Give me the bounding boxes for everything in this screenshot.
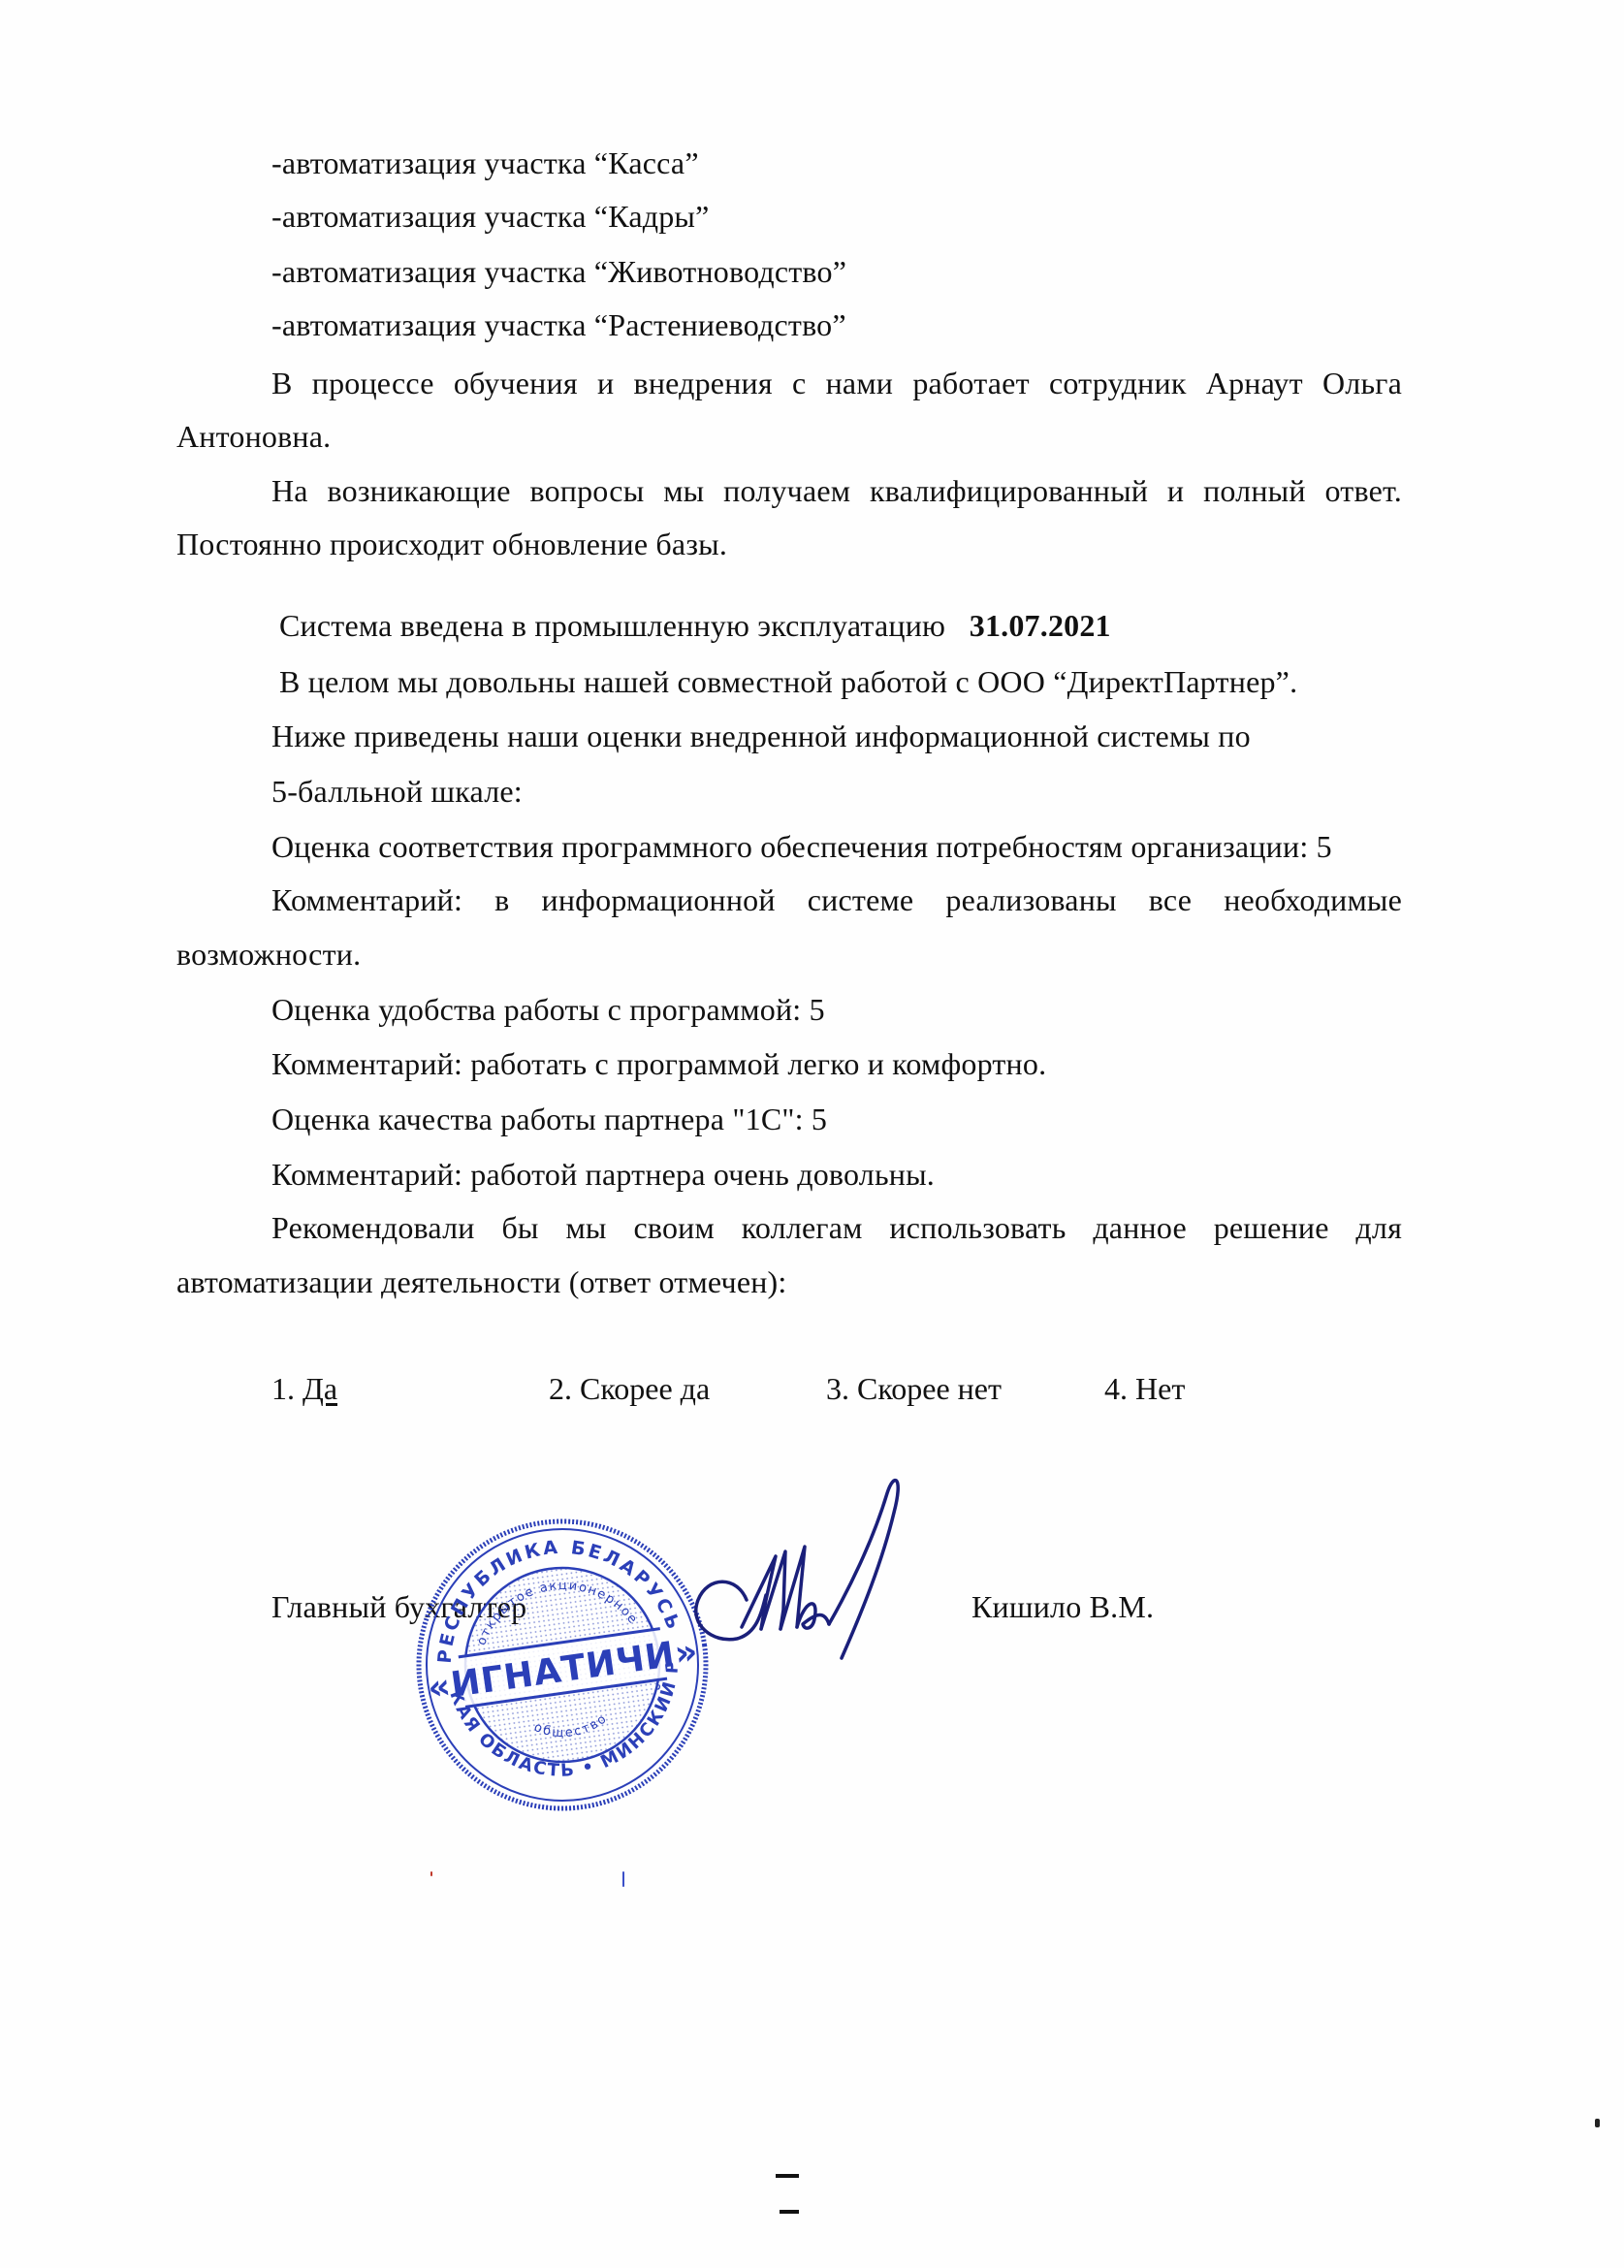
rating-partner-quality-comment: Комментарий: работой партнера очень дово… xyxy=(271,1155,935,1194)
commissioning-date: 31.07.2021 xyxy=(970,608,1111,643)
ratings-intro-line2: 5-балльной шкале: xyxy=(271,772,523,811)
staff-paragraph-line2: Антоновна. xyxy=(176,417,331,456)
commissioning-text: Система введена в промышленную эксплуата… xyxy=(279,608,945,643)
satisfaction-line: В целом мы довольны нашей совместной раб… xyxy=(279,662,1297,701)
company-stamp-icon: РЕСПУБЛИКА БЕЛАРУСЬ МИНСКАЯ ОБЛАСТЬ • МИ… xyxy=(412,1515,713,1815)
scan-speck-red xyxy=(430,1871,432,1876)
support-paragraph-line1: На возникающие вопросы мы получаем квали… xyxy=(271,471,1402,510)
list-item-rastenievodstvo: -автоматизация участка “Растениеводство” xyxy=(271,305,846,344)
option-rather-yes: 2. Скорее да xyxy=(549,1369,710,1408)
staff-paragraph-line1: В процессе обучения и внедрения с нами р… xyxy=(271,364,1402,402)
support-paragraph-line2: Постоянно происходит обновление базы. xyxy=(176,525,727,563)
signature-icon xyxy=(679,1454,970,1697)
option-no: 4. Нет xyxy=(1104,1369,1185,1408)
footer-mark xyxy=(780,2210,799,2214)
rating-software-fit: Оценка соответствия программного обеспеч… xyxy=(271,827,1332,866)
document-page: -автоматизация участка “Касса” -автомати… xyxy=(0,0,1624,2268)
rating-partner-quality: Оценка качества работы партнера "1С": 5 xyxy=(271,1100,827,1138)
option-rather-no: 3. Скорее нет xyxy=(826,1369,1002,1408)
recommendation-line1: Рекомендовали бы мы своим коллегам испол… xyxy=(271,1208,1402,1247)
signatory-name: Кишило В.М. xyxy=(971,1587,1154,1626)
list-item-kadry: -автоматизация участка “Кадры” xyxy=(271,197,710,236)
rating-usability: Оценка удобства работы с программой: 5 xyxy=(271,990,825,1029)
rating-software-fit-comment-line2: возможности. xyxy=(176,935,361,974)
rating-usability-comment: Комментарий: работать с программой легко… xyxy=(271,1044,1046,1083)
rating-software-fit-comment-line1: Комментарий: в информационной системе ре… xyxy=(271,880,1402,919)
scan-speck xyxy=(1595,2119,1600,2127)
list-item-kassa: -автоматизация участка “Касса” xyxy=(271,144,699,182)
option-yes: 1. Да xyxy=(271,1369,337,1408)
ratings-intro-line1: Ниже приведены наши оценки внедренной ин… xyxy=(271,717,1251,755)
list-item-zhivotnovodstvo: -автоматизация участка “Животноводство” xyxy=(271,252,846,291)
footer-mark xyxy=(776,2174,799,2178)
scan-speck-blue xyxy=(622,1871,624,1887)
commissioning-line: Система введена в промышленную эксплуата… xyxy=(279,606,1111,645)
recommendation-line2: автоматизации деятельности (ответ отмече… xyxy=(176,1262,787,1301)
option-yes-label-selected: Да xyxy=(303,1371,337,1406)
